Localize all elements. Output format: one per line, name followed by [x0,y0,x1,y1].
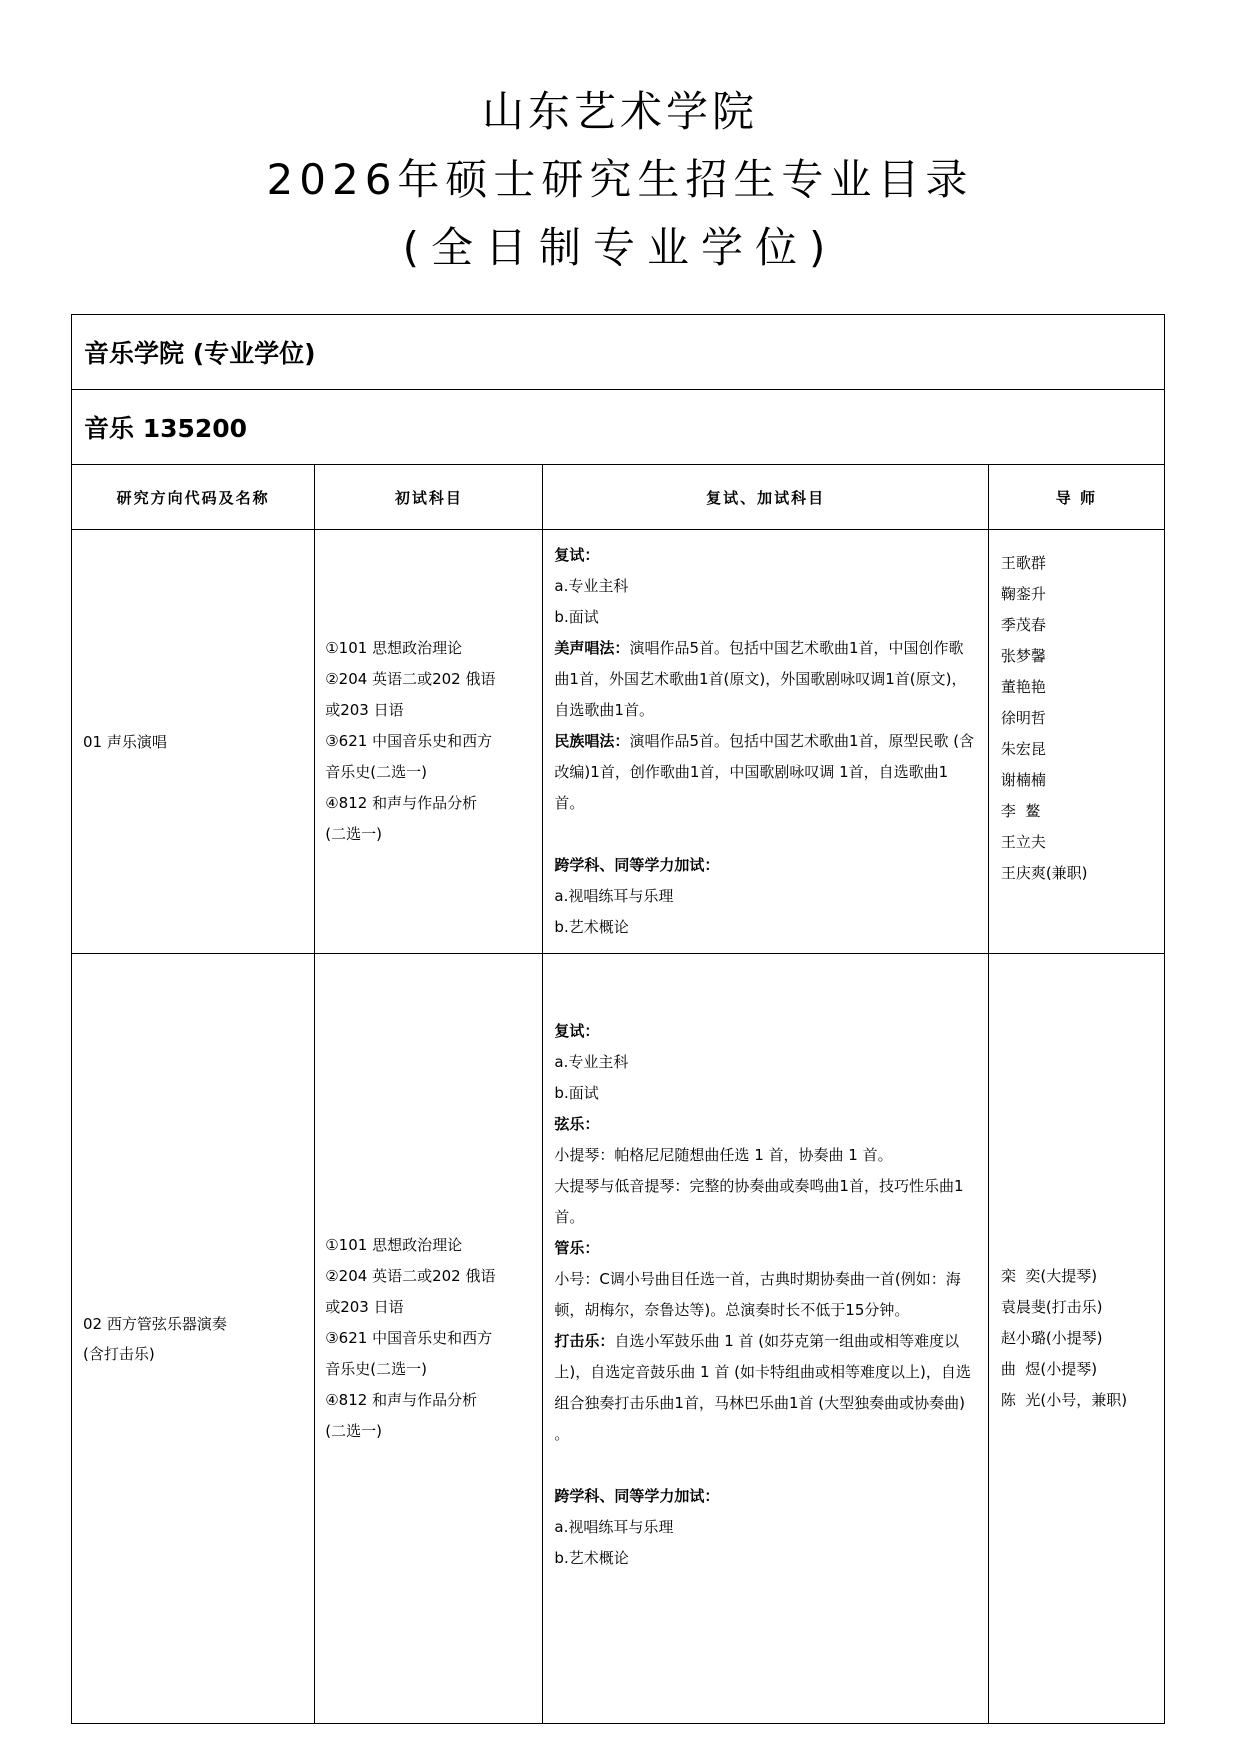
degree-type: (全日制专业学位) [0,214,1240,282]
tutor-name: 张梦馨 [1001,641,1154,672]
exam-subject: ③621 中国音乐史和西方 [325,1323,542,1354]
tutor-name: 王歌群 [1001,548,1154,579]
section-label-winds: 管乐： [554,1233,977,1264]
direction-cell: 02 西方管弦乐器演奏 (含打击乐) [72,954,315,1724]
direction-name: 02 西方管弦乐器演奏 [83,1309,314,1339]
header-tutors: 导 师 [988,465,1164,530]
tutor-name: 栾 奕(大提琴) [1001,1261,1154,1292]
exam-subject: ③621 中国音乐史和西方 [325,726,542,757]
exam-subject: ①101 思想政治理论 [325,1230,542,1261]
extra-exam-item: a.视唱练耳与乐理 [554,881,977,912]
section-label-strings: 弦乐： [554,1109,977,1140]
major-row: 音乐 135200 [72,390,1165,465]
tutor-name: 陈 光(小号，兼职) [1001,1385,1154,1416]
direction-note: (含打击乐) [83,1339,314,1369]
tutor-name: 鞠銮升 [1001,579,1154,610]
spacer [554,1450,977,1481]
section-label: 民族唱法： [554,732,629,750]
retest-section-bel-canto: 美声唱法：演唱作品5首。包括中国艺术歌曲1首，中国创作歌曲1首，外国艺术歌曲1首… [554,633,977,726]
table-row: 01 声乐演唱 ①101 思想政治理论 ②204 英语二或202 俄语 或203… [72,530,1165,954]
retest-item: b.面试 [554,1078,977,1109]
exam-subject: 音乐史(二选一) [325,757,542,788]
tutor-name: 王庆爽(兼职) [1001,858,1154,889]
section-text: 自选小军鼓乐曲 1 首 (如芬克第一组曲或相等难度以上)，自选定音鼓乐曲 1 首… [554,1332,970,1443]
retest-section-folk: 民族唱法：演唱作品5首。包括中国艺术歌曲1首，原型民歌 (含改编)1首，创作歌曲… [554,726,977,819]
tutor-name: 谢楠楠 [1001,765,1154,796]
section-label: 打击乐： [554,1332,614,1350]
spacer [554,819,977,850]
catalog-table-wrapper: 音乐学院 (专业学位) 音乐 135200 研究方向代码及名称 初试科目 复试、… [71,314,1165,1724]
document-title: 山东艺术学院 2026年硕士研究生招生专业目录 (全日制专业学位) [0,78,1240,282]
exam-subject: ④812 和声与作品分析 [325,1385,542,1416]
direction-cell: 01 声乐演唱 [72,530,315,954]
retest-item: b.面试 [554,602,977,633]
header-exam-subjects: 初试科目 [315,465,543,530]
tutor-name: 朱宏昆 [1001,734,1154,765]
college-name: 音乐学院 (专业学位) [72,315,1165,390]
exam-subject: 或203 日语 [325,1292,542,1323]
tutor-name: 李 鳌 [1001,796,1154,827]
extra-exam-heading: 跨学科、同等学力加试： [554,1481,977,1512]
retest-item: a.专业主科 [554,571,977,602]
exam-subject: ②204 英语二或202 俄语 [325,1261,542,1292]
extra-exam-heading: 跨学科、同等学力加试： [554,850,977,881]
tutor-name: 王立夫 [1001,827,1154,858]
extra-exam-item: a.视唱练耳与乐理 [554,1512,977,1543]
tutor-name: 袁晨斐(打击乐) [1001,1292,1154,1323]
major-name: 音乐 135200 [72,390,1165,465]
table-row: 02 西方管弦乐器演奏 (含打击乐) ①101 思想政治理论 ②204 英语二或… [72,954,1165,1724]
direction-name: 01 声乐演唱 [83,727,314,757]
section-text-cello-bass: 大提琴与低音提琴：完整的协奏曲或奏鸣曲1首，技巧性乐曲1首。 [554,1171,977,1233]
retest-section-percussion: 打击乐：自选小军鼓乐曲 1 首 (如芬克第一组曲或相等难度以上)，自选定音鼓乐曲… [554,1326,977,1450]
exam-subject: ①101 思想政治理论 [325,633,542,664]
college-row: 音乐学院 (专业学位) [72,315,1165,390]
extra-exam-item: b.艺术概论 [554,1543,977,1574]
exam-subject: ②204 英语二或202 俄语 [325,664,542,695]
tutors-cell: 栾 奕(大提琴) 袁晨斐(打击乐) 赵小璐(小提琴) 曲 煜(小提琴) 陈 光(… [988,954,1164,1724]
extra-exam-item: b.艺术概论 [554,912,977,943]
exam-subject: (二选一) [325,819,542,850]
retest-heading: 复试： [554,1016,977,1047]
catalog-table: 音乐学院 (专业学位) 音乐 135200 研究方向代码及名称 初试科目 复试、… [71,314,1165,1724]
exam-subjects-cell: ①101 思想政治理论 ②204 英语二或202 俄语 或203 日语 ③621… [315,530,543,954]
header-direction: 研究方向代码及名称 [72,465,315,530]
exam-subject: 或203 日语 [325,695,542,726]
retest-item: a.专业主科 [554,1047,977,1078]
section-text-trumpet: 小号：C调小号曲目任选一首，古典时期协奏曲一首(例如：海顿，胡梅尔，奈鲁达等)。… [554,1264,977,1326]
retest-heading: 复试： [554,540,977,571]
tutor-name: 曲 煜(小提琴) [1001,1354,1154,1385]
catalog-title: 2026年硕士研究生招生专业目录 [0,146,1240,214]
table-header-row: 研究方向代码及名称 初试科目 复试、加试科目 导 师 [72,465,1165,530]
tutors-cell: 王歌群 鞠銮升 季茂春 张梦馨 董艳艳 徐明哲 朱宏昆 谢楠楠 李 鳌 王立夫 … [988,530,1164,954]
exam-subjects-cell: ①101 思想政治理论 ②204 英语二或202 俄语 或203 日语 ③621… [315,954,543,1724]
tutor-name: 赵小璐(小提琴) [1001,1323,1154,1354]
section-text-violin: 小提琴：帕格尼尼随想曲任选 1 首，协奏曲 1 首。 [554,1140,977,1171]
tutor-name: 徐明哲 [1001,703,1154,734]
exam-subject: 音乐史(二选一) [325,1354,542,1385]
exam-subject: (二选一) [325,1416,542,1447]
header-retest-subjects: 复试、加试科目 [543,465,988,530]
retest-cell: 复试： a.专业主科 b.面试 美声唱法：演唱作品5首。包括中国艺术歌曲1首，中… [543,530,988,954]
retest-cell: 复试： a.专业主科 b.面试 弦乐： 小提琴：帕格尼尼随想曲任选 1 首，协奏… [543,954,988,1724]
school-name: 山东艺术学院 [0,78,1240,146]
section-label: 美声唱法： [554,639,629,657]
exam-subject: ④812 和声与作品分析 [325,788,542,819]
tutor-name: 董艳艳 [1001,672,1154,703]
tutor-name: 季茂春 [1001,610,1154,641]
